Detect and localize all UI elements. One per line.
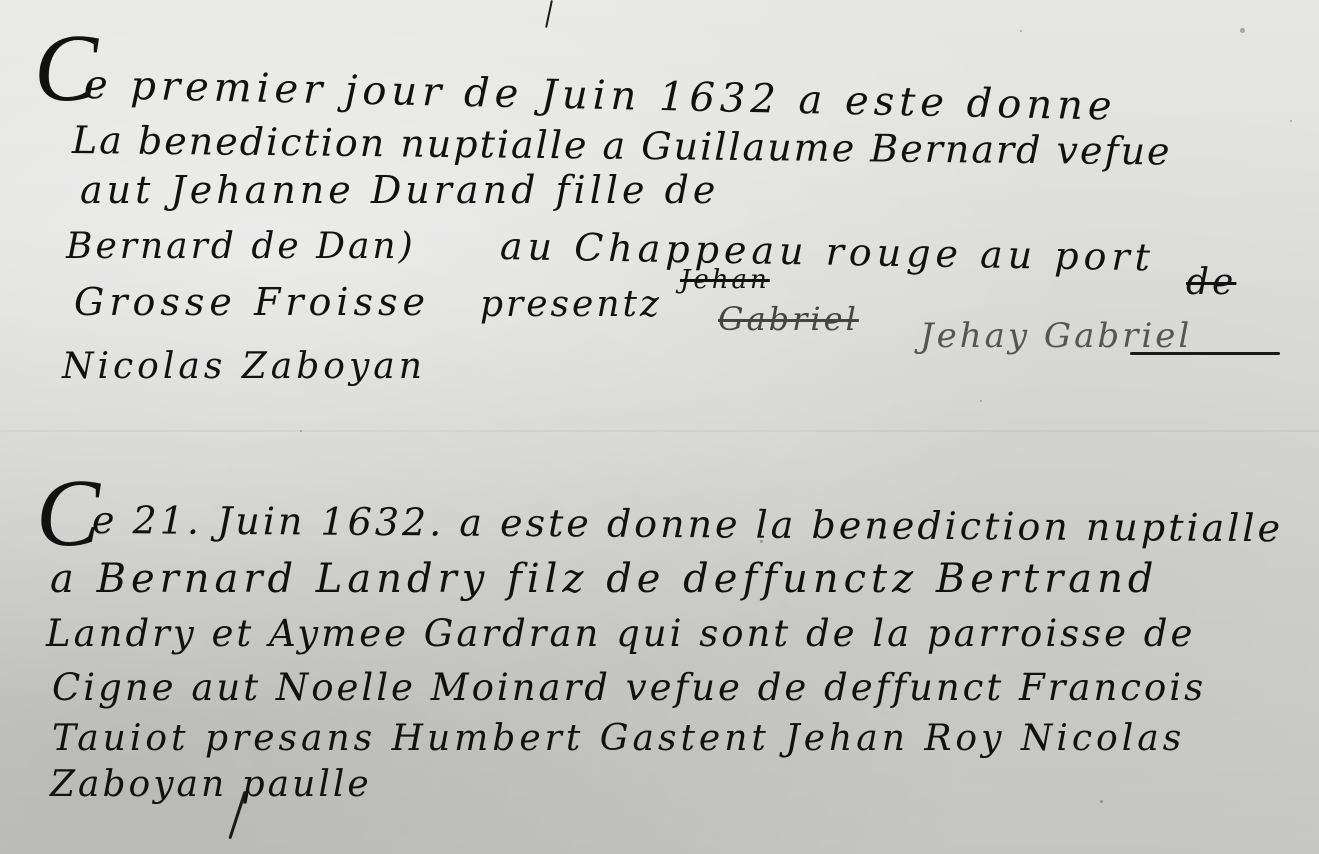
paper-speck [1020,30,1022,32]
paper-speck [1100,800,1103,803]
paper-fold [0,430,1319,432]
paper-speck [980,400,982,402]
entry-2-line-6: Zaboyan paulle [50,764,372,805]
entry-1-line-5a: Grosse Froisse [74,280,430,324]
paper-speck [1240,28,1245,33]
pen-stroke [545,0,553,28]
entry-1-line-4a: Bernard de Dan) [66,226,416,267]
entry-1-line-3: aut Jehanne Durand fille de [80,168,719,212]
entry-1-marginal-correction: Jehay Gabriel [920,316,1192,356]
entry-2-line-2: a Bernard Landry filz de deffunctz Bertr… [50,556,1158,602]
underline-stroke [1130,352,1280,355]
entry-2-line-4: Cigne aut Noelle Moinard vefue de deffun… [52,666,1206,709]
entry-1-line-5b: presentz [480,284,662,325]
entry-1-struck-gabriel: Gabriel [718,300,859,338]
entry-initial: C [36,465,100,561]
paper-speck [1290,120,1292,122]
manuscript-page: C e premier jour de Juin 1632 a este don… [0,0,1319,854]
entry-1-line-6: Nicolas Zaboyan [62,346,426,387]
entry-1-struck-de: de [1186,262,1236,303]
entry-2-line-3: Landry et Aymee Gardran qui sont de la p… [46,612,1195,655]
entry-1-line-4b: au Chappeau rouge au port [500,224,1156,279]
entry-1-struck-jehan: Jehan [680,265,770,295]
entry-2-line-5: Tauiot presans Humbert Gastent Jehan Roy… [52,718,1185,759]
entry-2-line-1: e 21. Juin 1632. a este donne la benedic… [92,498,1283,550]
